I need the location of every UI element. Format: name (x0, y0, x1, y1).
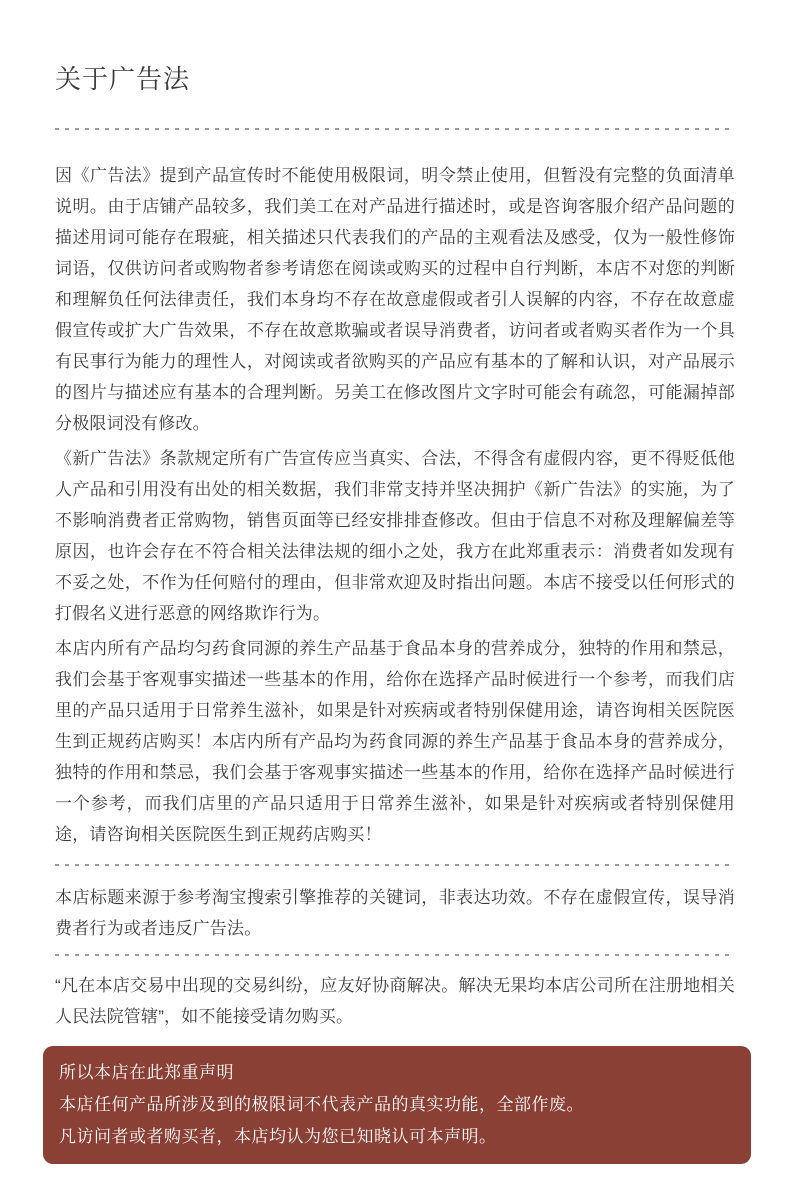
divider-bottom (55, 954, 735, 956)
disclaimer-paragraph-3: 本店内所有产品均匀药食同源的养生产品基于食品本身的营养成分，独特的作用和禁忌，我… (55, 633, 735, 850)
keywords-source-note: 本店标题来源于参考淘宝搜索引擎推荐的关键词，非表达功效。不存在虚假宣传，误导消费… (55, 882, 735, 944)
statement-title: 所以本店在此郑重声明 (59, 1057, 735, 1089)
statement-line-extreme-words: 本店任何产品所涉及到的极限词不代表产品的真实功能，全部作废。 (59, 1089, 735, 1121)
disclaimer-paragraph-1: 因《广告法》提到产品宣传时不能使用极限词，明令禁止使用，但暂没有完整的负面清单说… (55, 160, 735, 439)
divider-middle (55, 864, 735, 866)
divider-top (55, 128, 735, 130)
advertising-law-disclaimer-page: 关于广告法 因《广告法》提到产品宣传时不能使用极限词，明令禁止使用，但暂没有完整… (0, 0, 790, 1200)
page-title: 关于广告法 (55, 0, 735, 94)
statement-line-acknowledgement: 凡访问者或者购买者，本店均认为您已知晓认可本声明。 (59, 1121, 735, 1153)
dispute-resolution-note: “凡在本店交易中出现的交易纠纷，应友好协商解决。解决无果均本店公司所在注册地相关… (55, 970, 735, 1032)
disclaimer-paragraph-2: 《新广告法》条款规定所有广告宣传应当真实、合法，不得含有虚假内容，更不得贬低他人… (55, 443, 735, 629)
disclaimer-body: 因《广告法》提到产品宣传时不能使用极限词，明令禁止使用，但暂没有完整的负面清单说… (55, 160, 735, 850)
statement-box: 所以本店在此郑重声明 本店任何产品所涉及到的极限词不代表产品的真实功能，全部作废… (43, 1046, 751, 1164)
